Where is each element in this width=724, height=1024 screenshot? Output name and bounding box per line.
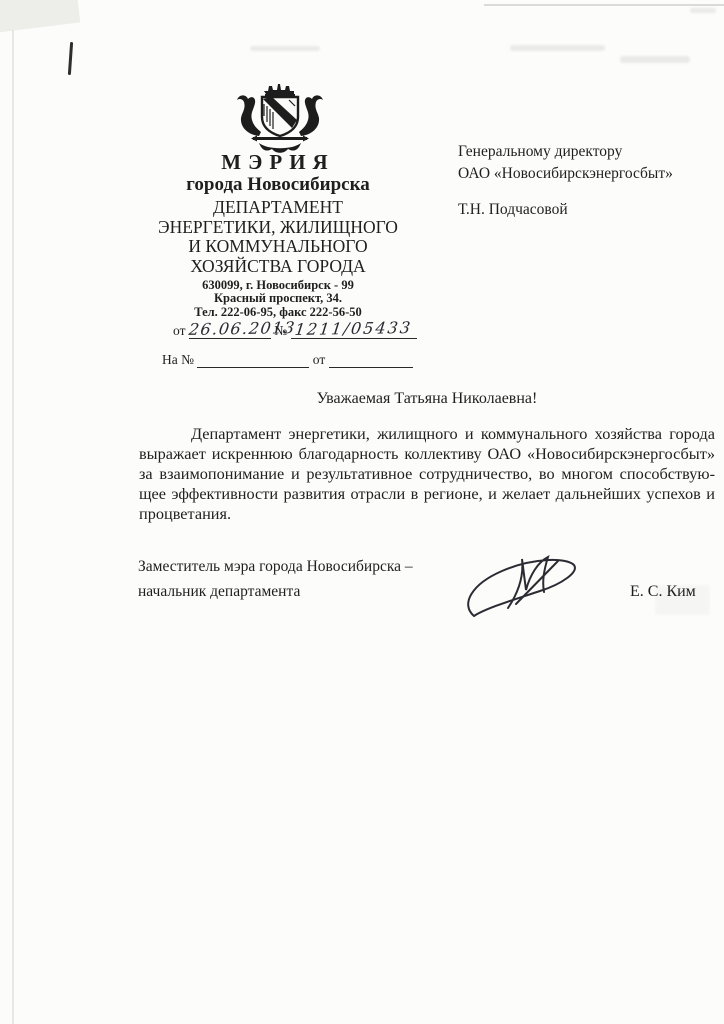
- body-line: Департамент энергетики, жилищного и комм…: [139, 424, 715, 444]
- reference-block: от 26.06.2013 № 1211/05433 На № от: [173, 319, 417, 373]
- address-line: Красный проспект, 34.: [104, 292, 452, 305]
- incoming-reference-line: На № от: [162, 351, 417, 373]
- scan-noise: [690, 8, 716, 13]
- addressee-name: Т.Н. Подчасовой: [458, 199, 673, 221]
- signer-title-line: Заместитель мэра города Новосибирска –: [138, 554, 413, 579]
- department-name: ДЕПАРТАМЕНТ ЭНЕРГЕТИКИ, ЖИЛИЩНОГО И КОММ…: [104, 198, 452, 276]
- address-line: 630099, г. Новосибирск - 99: [104, 279, 452, 292]
- department-line: ДЕПАРТАМЕНТ: [104, 198, 452, 218]
- handwritten-number: 1211/05433: [294, 318, 414, 339]
- body-line: за взаимопонимание и результативное сотр…: [139, 464, 715, 484]
- pen-mark: [68, 42, 73, 75]
- reply-date-field: [329, 351, 413, 368]
- addressee-position: Генеральному директору: [458, 141, 673, 163]
- scanned-letter-page: МЭРИЯ города Новосибирска ДЕПАРТАМЕНТ ЭН…: [0, 0, 724, 1024]
- date-field: 26.06.2013: [189, 319, 271, 339]
- scan-noise: [620, 56, 690, 63]
- org-address: 630099, г. Новосибирск - 99 Красный прос…: [104, 279, 452, 319]
- body-line: щее эффективности развития отрасли в рег…: [139, 484, 715, 504]
- scan-noise: [510, 45, 605, 51]
- number-field: 1211/05433: [291, 319, 417, 339]
- reply-number-field: [197, 351, 309, 368]
- from-label: от: [173, 323, 185, 338]
- department-line: И КОММУНАЛЬНОГО: [104, 237, 452, 257]
- outgoing-reference-line: от 26.06.2013 № 1211/05433: [173, 319, 417, 341]
- signer-name: Е. С. Ким: [630, 583, 696, 601]
- scan-noise: [250, 46, 320, 51]
- scan-left-edge-line: [12, 30, 14, 1024]
- letter-body: Департамент энергетики, жилищного и комм…: [139, 424, 715, 524]
- department-line: ЭНЕРГЕТИКИ, ЖИЛИЩНОГО: [104, 218, 452, 238]
- handwritten-date: 26.06.2013: [188, 318, 297, 339]
- reply-na-label: На №: [162, 352, 194, 367]
- signer-title-line: начальник департамента: [138, 579, 413, 604]
- department-line: ХОЗЯЙСТВА ГОРОДА: [104, 257, 452, 277]
- body-line: выражает искреннюю благодарность коллект…: [139, 444, 715, 464]
- signer-title: Заместитель мэра города Новосибирска – н…: [138, 554, 413, 604]
- scan-corner-shadow: [0, 0, 80, 33]
- addressee-block: Генеральному директору ОАО «Новосибирскэ…: [458, 141, 673, 221]
- salutation: Уважаемая Татьяна Николаевна!: [139, 390, 715, 408]
- org-subtitle: города Новосибирска: [104, 174, 452, 196]
- reply-ot-label: от: [313, 352, 325, 367]
- addressee-company: ОАО «Новосибирскэнергосбыт»: [458, 163, 673, 185]
- scan-edge-line: [484, 4, 724, 6]
- org-title: МЭРИЯ: [104, 150, 452, 174]
- letterhead: МЭРИЯ города Новосибирска ДЕПАРТАМЕНТ ЭН…: [104, 150, 452, 319]
- handwritten-signature-icon: [458, 546, 588, 633]
- body-line: процветания.: [139, 504, 715, 524]
